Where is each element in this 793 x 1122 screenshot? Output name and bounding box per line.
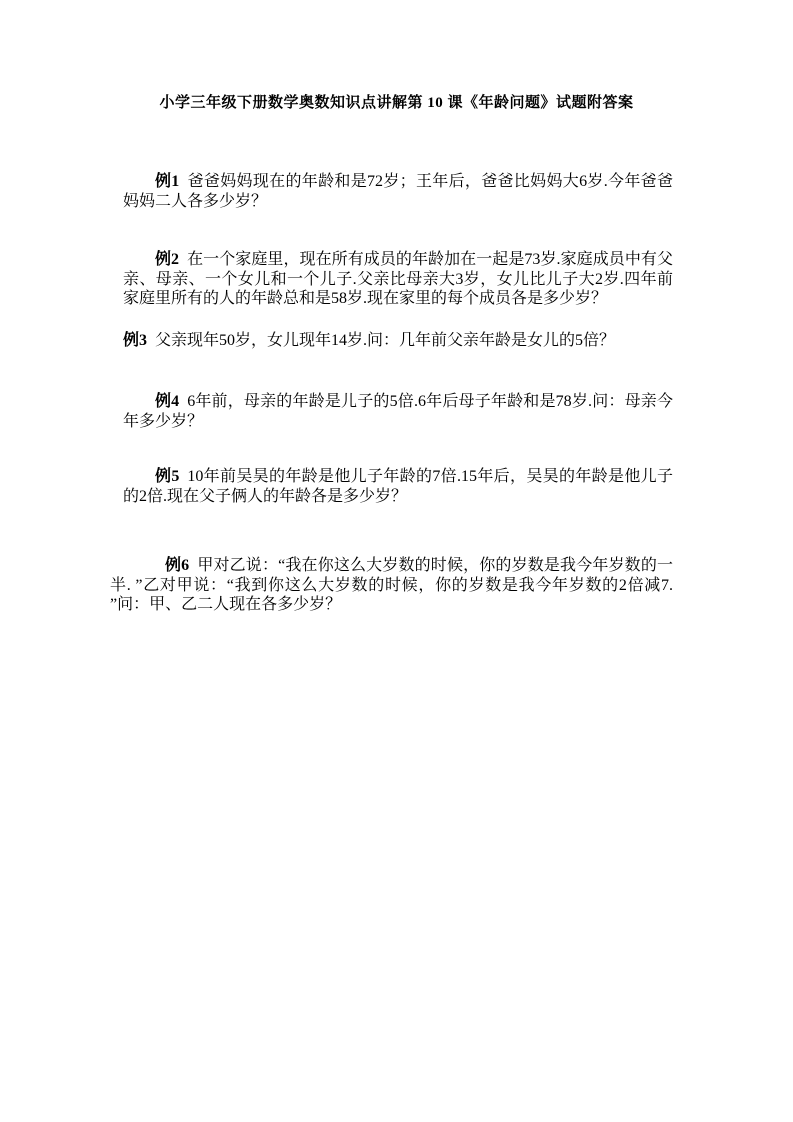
problem-label: 例4 [155,393,179,410]
problem-label: 例2 [155,251,179,268]
problem-label: 例5 [155,468,179,485]
problem-paragraph-1: 例1爸爸妈妈现在的年龄和是72岁；王年后，爸爸比妈妈大6岁.今年爸爸妈妈二人各多… [123,172,673,211]
problem-text: 6年前，母亲的年龄是儿子的5倍.6年后母子年龄和是78岁.问：母亲今年多少岁？ [123,393,673,430]
problem-paragraph-5: 例510年前吴昊的年龄是他儿子年龄的7倍.15年后，吴昊的年龄是他儿子的2倍.现… [123,467,673,506]
problem-text: 在一个家庭里，现在所有成员的年龄加在一起是73岁.家庭成员中有父亲、母亲、一个女… [123,251,673,307]
problem-paragraph-6: 例6甲对乙说：“我在你这么大岁数的时候，你的岁数是我今年岁数的一半. ”乙对甲说… [110,556,673,615]
problem-text: 甲对乙说：“我在你这么大岁数的时候，你的岁数是我今年岁数的一半. ”乙对甲说：“… [110,557,673,613]
problem-label: 例1 [155,173,179,190]
problem-label: 例3 [123,332,147,349]
document-page: 小学三年级下册数学奥数知识点讲解第 10 课《年龄问题》试题附答案 例1爸爸妈妈… [0,0,793,1122]
problem-text: 爸爸妈妈现在的年龄和是72岁；王年后，爸爸比妈妈大6岁.今年爸爸妈妈二人各多少岁… [123,173,673,210]
page-title: 小学三年级下册数学奥数知识点讲解第 10 课《年龄问题》试题附答案 [90,94,703,112]
problem-paragraph-3: 例3父亲现年50岁，女儿现年14岁.问：几年前父亲年龄是女儿的5倍？ [123,331,673,351]
problem-paragraph-4: 例46年前，母亲的年龄是儿子的5倍.6年后母子年龄和是78岁.问：母亲今年多少岁… [123,392,673,431]
problem-label: 例6 [165,557,189,574]
problem-text: 父亲现年50岁，女儿现年14岁.问：几年前父亲年龄是女儿的5倍？ [155,332,615,349]
problem-text: 10年前吴昊的年龄是他儿子年龄的7倍.15年后，吴昊的年龄是他儿子的2倍.现在父… [123,468,673,505]
problem-paragraph-2: 例2在一个家庭里，现在所有成员的年龄加在一起是73岁.家庭成员中有父亲、母亲、一… [123,250,673,309]
